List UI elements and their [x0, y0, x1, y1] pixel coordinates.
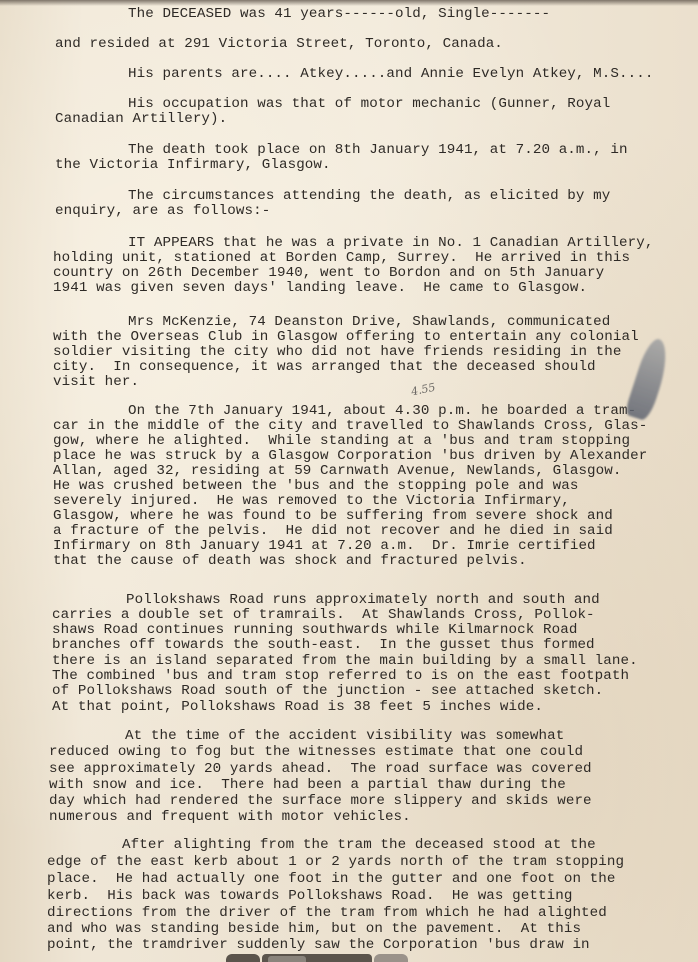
page-navigator[interactable]	[226, 954, 408, 962]
text-line: kerb. His back was towards Pollokshaws R…	[47, 889, 572, 904]
text-line: On the 7th January 1941, about 4.30 p.m.…	[128, 404, 636, 419]
text-line: city. In consequence, it was arranged th…	[53, 360, 596, 375]
text-line: and who was standing beside him, but on …	[47, 922, 581, 937]
page-scroller[interactable]	[262, 954, 372, 962]
text-line: day which had rendered the surface more …	[49, 794, 592, 809]
text-line: Mrs McKenzie, 74 Deanston Drive, Shawlan…	[128, 315, 610, 330]
text-line: country on 26th December 1940, went to B…	[53, 266, 604, 281]
text-line: numerous and frequent with motor vehicle…	[49, 810, 411, 825]
text-line: At that point, Pollokshaws Road is 38 fe…	[52, 700, 543, 715]
text-line: place he was struck by a Glasgow Corpora…	[53, 449, 647, 464]
text-line: At the time of the accident visibility w…	[125, 729, 564, 744]
text-line: He was crushed between the 'bus and the …	[53, 479, 578, 494]
ink-smudge	[624, 336, 674, 422]
text-line: After alighting from the tram the deceas…	[122, 838, 596, 853]
previous-page-button[interactable]	[226, 954, 260, 962]
text-line: directions from the driver of the tram f…	[47, 906, 607, 921]
text-line: shaws Road continues running southwards …	[52, 623, 577, 638]
text-line: severely injured. He was removed to the …	[53, 494, 570, 509]
text-line: The combined 'bus and tram stop referred…	[52, 669, 629, 684]
text-line: a fracture of the pelvis. He did not rec…	[53, 524, 613, 539]
text-line: and resided at 291 Victoria Street, Toro…	[55, 37, 503, 52]
text-line: Infirmary on 8th January 1941 at 7.20 a.…	[53, 539, 596, 554]
text-line: that the cause of death was shock and fr…	[53, 554, 527, 569]
text-line: car in the middle of the city and travel…	[53, 419, 647, 434]
text-line: The circumstances attending the death, a…	[128, 189, 610, 204]
text-line: there is an island separated from the ma…	[52, 654, 638, 669]
text-line: edge of the east kerb about 1 or 2 yards…	[47, 855, 624, 870]
text-line: with snow and ice. There had been a part…	[49, 778, 566, 793]
text-line: branches off towards the south-east. In …	[52, 638, 595, 653]
document-page: The DECEASED was 41 years------old, Sing…	[0, 0, 698, 962]
text-line: gow, where he alighted. While standing a…	[53, 434, 630, 449]
text-line: The DECEASED was 41 years------old, Sing…	[128, 7, 550, 22]
text-line: see approximately 20 yards ahead. The ro…	[49, 762, 592, 777]
text-line: His occupation was that of motor mechani…	[128, 97, 610, 112]
text-line: Pollokshaws Road runs approximately nort…	[126, 593, 600, 608]
text-line: IT APPEARS that he was a private in No. …	[128, 236, 653, 251]
text-line: Canadian Artillery).	[55, 112, 227, 127]
text-line: the Victoria Infirmary, Glasgow.	[55, 158, 331, 173]
text-line: soldier visiting the city who did not ha…	[53, 345, 622, 360]
text-line: Allan, aged 32, residing at 59 Carnwath …	[53, 464, 622, 479]
text-line: with the Overseas Club in Glasgow offeri…	[53, 330, 639, 345]
text-line: place. He had actually one foot in the g…	[47, 872, 616, 887]
text-line: 1941 was given seven days' landing leave…	[53, 281, 587, 296]
handwritten-note: 4.55	[410, 381, 437, 399]
next-page-button[interactable]	[374, 954, 408, 962]
text-line: Glasgow, where he was found to be suffer…	[53, 509, 613, 524]
text-line: carries a double set of tramrails. At Sh…	[52, 608, 595, 623]
text-line: enquiry, are as follows:-	[55, 204, 270, 219]
text-line: His parents are.... Atkey.....and Annie …	[128, 67, 653, 82]
text-line: reduced owing to fog but the witnesses e…	[49, 745, 583, 760]
text-line: point, the tramdriver suddenly saw the C…	[47, 938, 590, 953]
scroller-thumb[interactable]	[268, 956, 306, 962]
text-line: holding unit, stationed at Borden Camp, …	[53, 251, 630, 266]
text-line: of Pollokshaws Road south of the junctio…	[52, 684, 603, 699]
text-line: visit her.	[53, 375, 139, 390]
text-line: The death took place on 8th January 1941…	[128, 143, 628, 158]
